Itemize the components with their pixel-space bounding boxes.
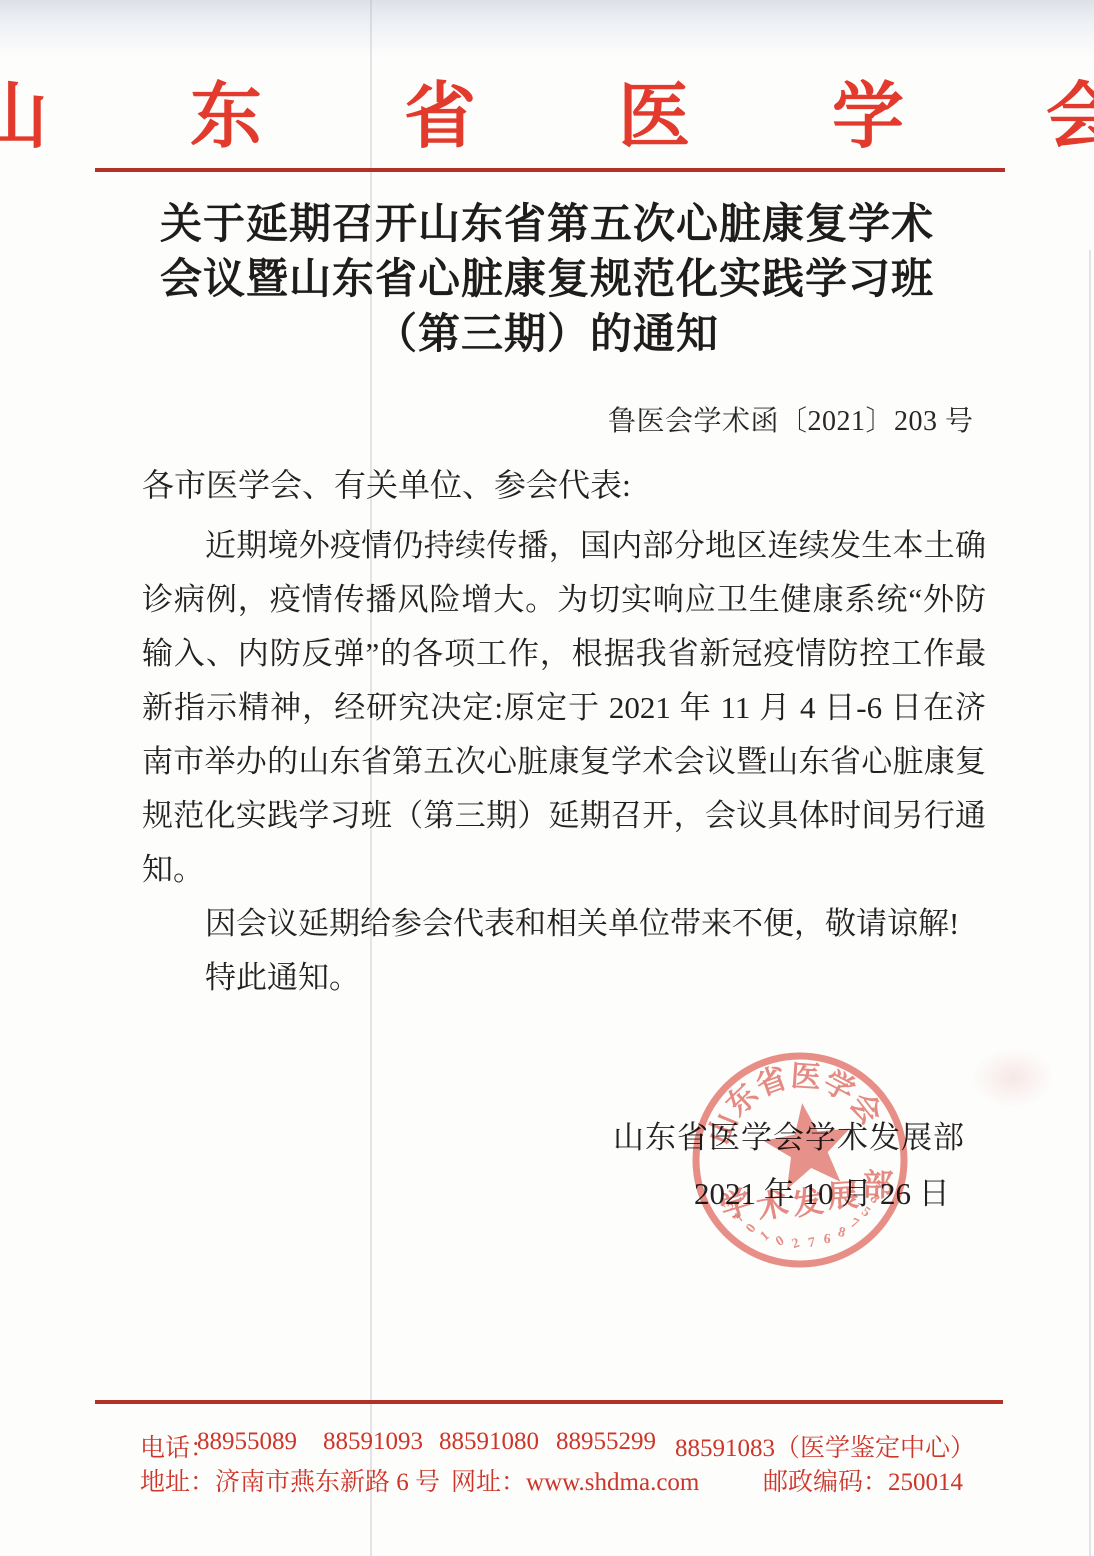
svg-text:8: 8	[836, 1225, 846, 1241]
postal-label: 邮政编码：	[763, 1469, 888, 1496]
title-line-2: 会议暨山东省心脏康复规范化实践学习班	[0, 253, 1094, 308]
address-label: 地址：	[140, 1469, 215, 1496]
svg-text:6: 6	[823, 1232, 831, 1247]
body-line: 新指示精神，经研究决定:原定于 2021 年 11 月 4 日-6 日在济	[142, 681, 986, 735]
body-line: 规范化实践学习班（第三期）延期召开，会议具体时间另行通	[142, 789, 986, 843]
org-name: 山 东 省 医 学 会	[0, 74, 1094, 160]
body-line: 南市举办的山东省第五次心脏康复学术会议暨山东省心脏康复	[142, 735, 986, 789]
svg-text:术: 术	[754, 1185, 792, 1226]
phone-number: 88591083（医学鉴定中心）	[675, 1428, 975, 1464]
notice-title: 关于延期召开山东省第五次心脏康复学术 会议暨山东省心脏康复规范化实践学习班 （第…	[0, 198, 1094, 363]
phone-number: 88955299	[556, 1428, 656, 1456]
body-line: 输入、内防反弹”的各项工作，根据我省新冠疫情防控工作最	[142, 627, 986, 681]
phone-number: 88955089	[197, 1428, 297, 1456]
body-line: 诊病例，疫情传播风险增大。为切实响应卫生健康系统“外防	[142, 573, 986, 627]
svg-text:发: 发	[790, 1183, 826, 1222]
org-header: 山 东 省 医 学 会	[0, 74, 1094, 160]
svg-text:2: 2	[790, 1236, 801, 1252]
website: 网址：www.shdma.com	[451, 1462, 699, 1498]
title-line-3: （第三期）的通知	[0, 308, 1094, 363]
header-rule	[95, 168, 1005, 172]
footer-rule	[95, 1400, 1003, 1404]
svg-text:医: 医	[790, 1060, 822, 1095]
svg-text:展: 展	[826, 1177, 859, 1214]
body-line: 知。	[142, 843, 986, 897]
title-line-1: 关于延期召开山东省第五次心脏康复学术	[0, 198, 1094, 253]
scan-edge-shadow	[0, 0, 1094, 58]
stamp-smudge-artifact	[972, 1048, 1054, 1108]
official-seal-stamp: 山东省医学会 学术发展部 3701027687584	[688, 1048, 912, 1272]
scanned-notice-page: 山 东 省 医 学 会 关于延期召开山东省第五次心脏康复学术 会议暨山东省心脏康…	[0, 0, 1094, 1556]
svg-text:7: 7	[807, 1235, 816, 1251]
notice-body: 近期境外疫情仍持续传播，国内部分地区连续发生本土确 诊病例，疫情传播风险增大。为…	[142, 519, 986, 1005]
phone-number: 88591080	[439, 1428, 539, 1456]
reference-number: 鲁医会学术函〔2021〕203 号	[608, 399, 974, 439]
address: 地址：济南市燕东新路 6 号	[140, 1462, 440, 1498]
body-line: 特此通知。	[142, 951, 986, 1005]
body-line: 近期境外疫情仍持续传播，国内部分地区连续发生本土确	[142, 519, 986, 573]
salutation: 各市医学会、有关单位、参会代表:	[142, 460, 631, 506]
svg-text:7: 7	[848, 1216, 861, 1233]
website-value: www.shdma.com	[526, 1469, 699, 1496]
website-label: 网址：	[451, 1469, 526, 1496]
svg-text:1: 1	[758, 1228, 773, 1244]
address-value: 济南市燕东新路 6 号	[215, 1469, 440, 1496]
phone-number: 88591093	[323, 1428, 423, 1456]
scan-edge-line	[1089, 250, 1091, 1556]
body-line: 因会议延期给参会代表和相关单位带来不便，敬请谅解!	[142, 897, 986, 951]
svg-text:0: 0	[773, 1233, 787, 1249]
postal-value: 250014	[888, 1469, 963, 1496]
postal-code: 邮政编码：250014	[763, 1462, 963, 1498]
